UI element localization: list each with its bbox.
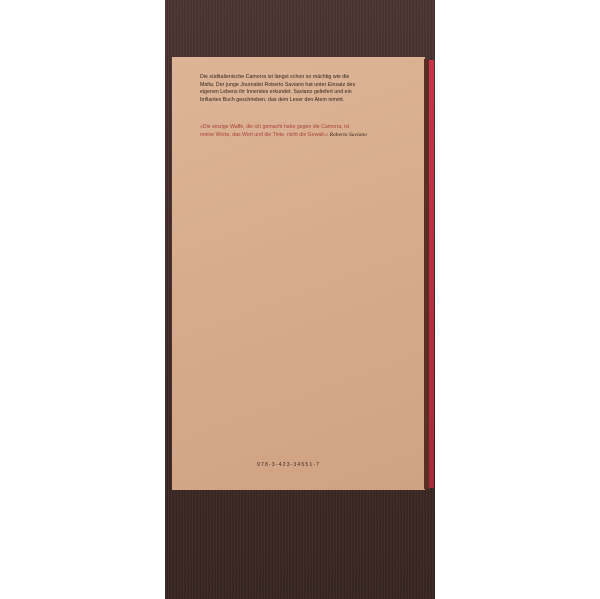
- book-spine-red-edge: [429, 60, 434, 488]
- blurb-line: brillantes Buch geschrieben, das dem Les…: [200, 97, 415, 105]
- blurb-line: Die süditalienische Camorra ist längst s…: [200, 74, 415, 82]
- quote-line-text: meine Worte, das Wort und die Tinte, nic…: [200, 132, 328, 138]
- quote-line: »Die einzige Waffe, die ich gemacht habe…: [200, 124, 420, 132]
- blurb-line: eigenen Lebens ihr Innerstes erkundet. S…: [200, 89, 415, 97]
- quote-text: »Die einzige Waffe, die ich gemacht habe…: [200, 124, 420, 139]
- blurb-text: Die süditalienische Camorra ist längst s…: [200, 74, 415, 104]
- isbn-number: 978-3-423-34551-7: [257, 462, 357, 468]
- quote-line: meine Worte, das Wort und die Tinte, nic…: [200, 132, 420, 140]
- book-back-cover: [172, 57, 425, 490]
- quote-author: Roberto Saviano: [330, 132, 367, 138]
- blurb-line: Mafia. Der junge Journalist Roberto Savi…: [200, 82, 415, 90]
